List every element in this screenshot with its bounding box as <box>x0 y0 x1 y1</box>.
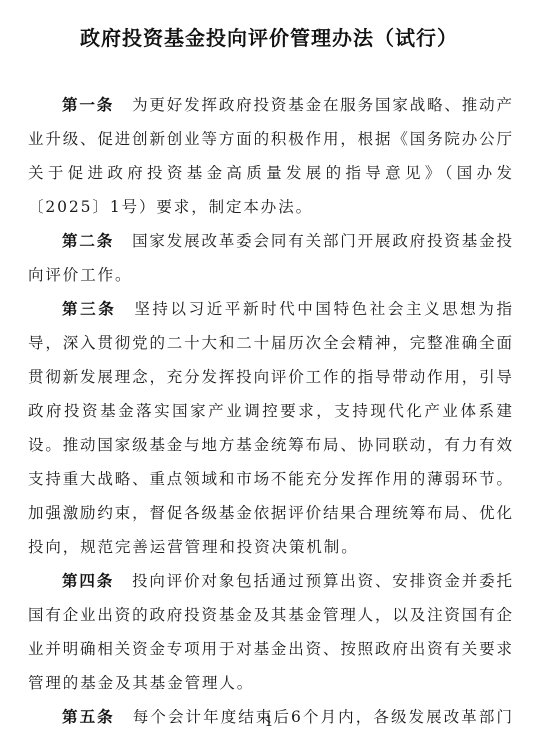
article-4-line-1: 第四条投向评价对象包括通过预算出资、安排资金并委托 <box>28 564 512 598</box>
page-number: 1 <box>0 714 538 730</box>
document-body: 第一条为更好发挥政府投资基金在服务国家战略、推动产 业升级、促进创新创业等方面的… <box>28 88 512 734</box>
article-3-line-5: 设。推动国家级基金与地方基金统筹布局、协同联动，有力有效 <box>28 428 512 462</box>
article-1-line-1: 第一条为更好发挥政府投资基金在服务国家战略、推动产 <box>28 88 512 122</box>
article-4-line-3: 业并明确相关资金专项用于对基金出资、按照政府出资有关要求 <box>28 632 512 666</box>
article-2-line-1: 第二条国家发展改革委会同有关部门开展政府投资基金投 <box>28 224 512 258</box>
article-label: 第四条 <box>62 572 114 590</box>
article-3-line-3: 贯彻新发展理念，充分发挥投向评价工作的指导带动作用，引导 <box>28 360 512 394</box>
article-4-line-2: 国有企业出资的政府投资基金及其基金管理人，以及注资国有企 <box>28 598 512 632</box>
article-1-line-3: 关于促进政府投资基金高质量发展的指导意见》（国办发 <box>28 156 512 190</box>
article-1-line-4: 〔2025〕1号）要求，制定本办法。 <box>28 190 512 224</box>
article-label: 第一条 <box>62 96 114 114</box>
article-3-line-1: 第三条坚持以习近平新时代中国特色社会主义思想为指 <box>28 292 512 326</box>
article-3-line-6: 支持重大战略、重点领域和市场不能充分发挥作用的薄弱环节。 <box>28 462 512 496</box>
article-1-line-2: 业升级、促进创新创业等方面的积极作用，根据《国务院办公厅 <box>28 122 512 156</box>
article-3-line-8: 投向，规范完善运营管理和投资决策机制。 <box>28 530 512 564</box>
article-3-line-7: 加强激励约束，督促各级基金依据评价结果合理统筹布局、优化 <box>28 496 512 530</box>
article-2-line-2: 向评价工作。 <box>28 258 512 292</box>
article-3-line-2: 导，深入贯彻党的二十大和二十届历次全会精神，完整准确全面 <box>28 326 512 360</box>
article-label: 第二条 <box>62 232 114 250</box>
article-3-line-4: 政府投资基金落实国家产业调控要求，支持现代化产业体系建 <box>28 394 512 428</box>
article-label: 第三条 <box>62 300 116 318</box>
document-title: 政府投资基金投向评价管理办法（试行） <box>0 22 538 51</box>
article-4-line-4: 管理的基金及其基金管理人。 <box>28 666 512 700</box>
